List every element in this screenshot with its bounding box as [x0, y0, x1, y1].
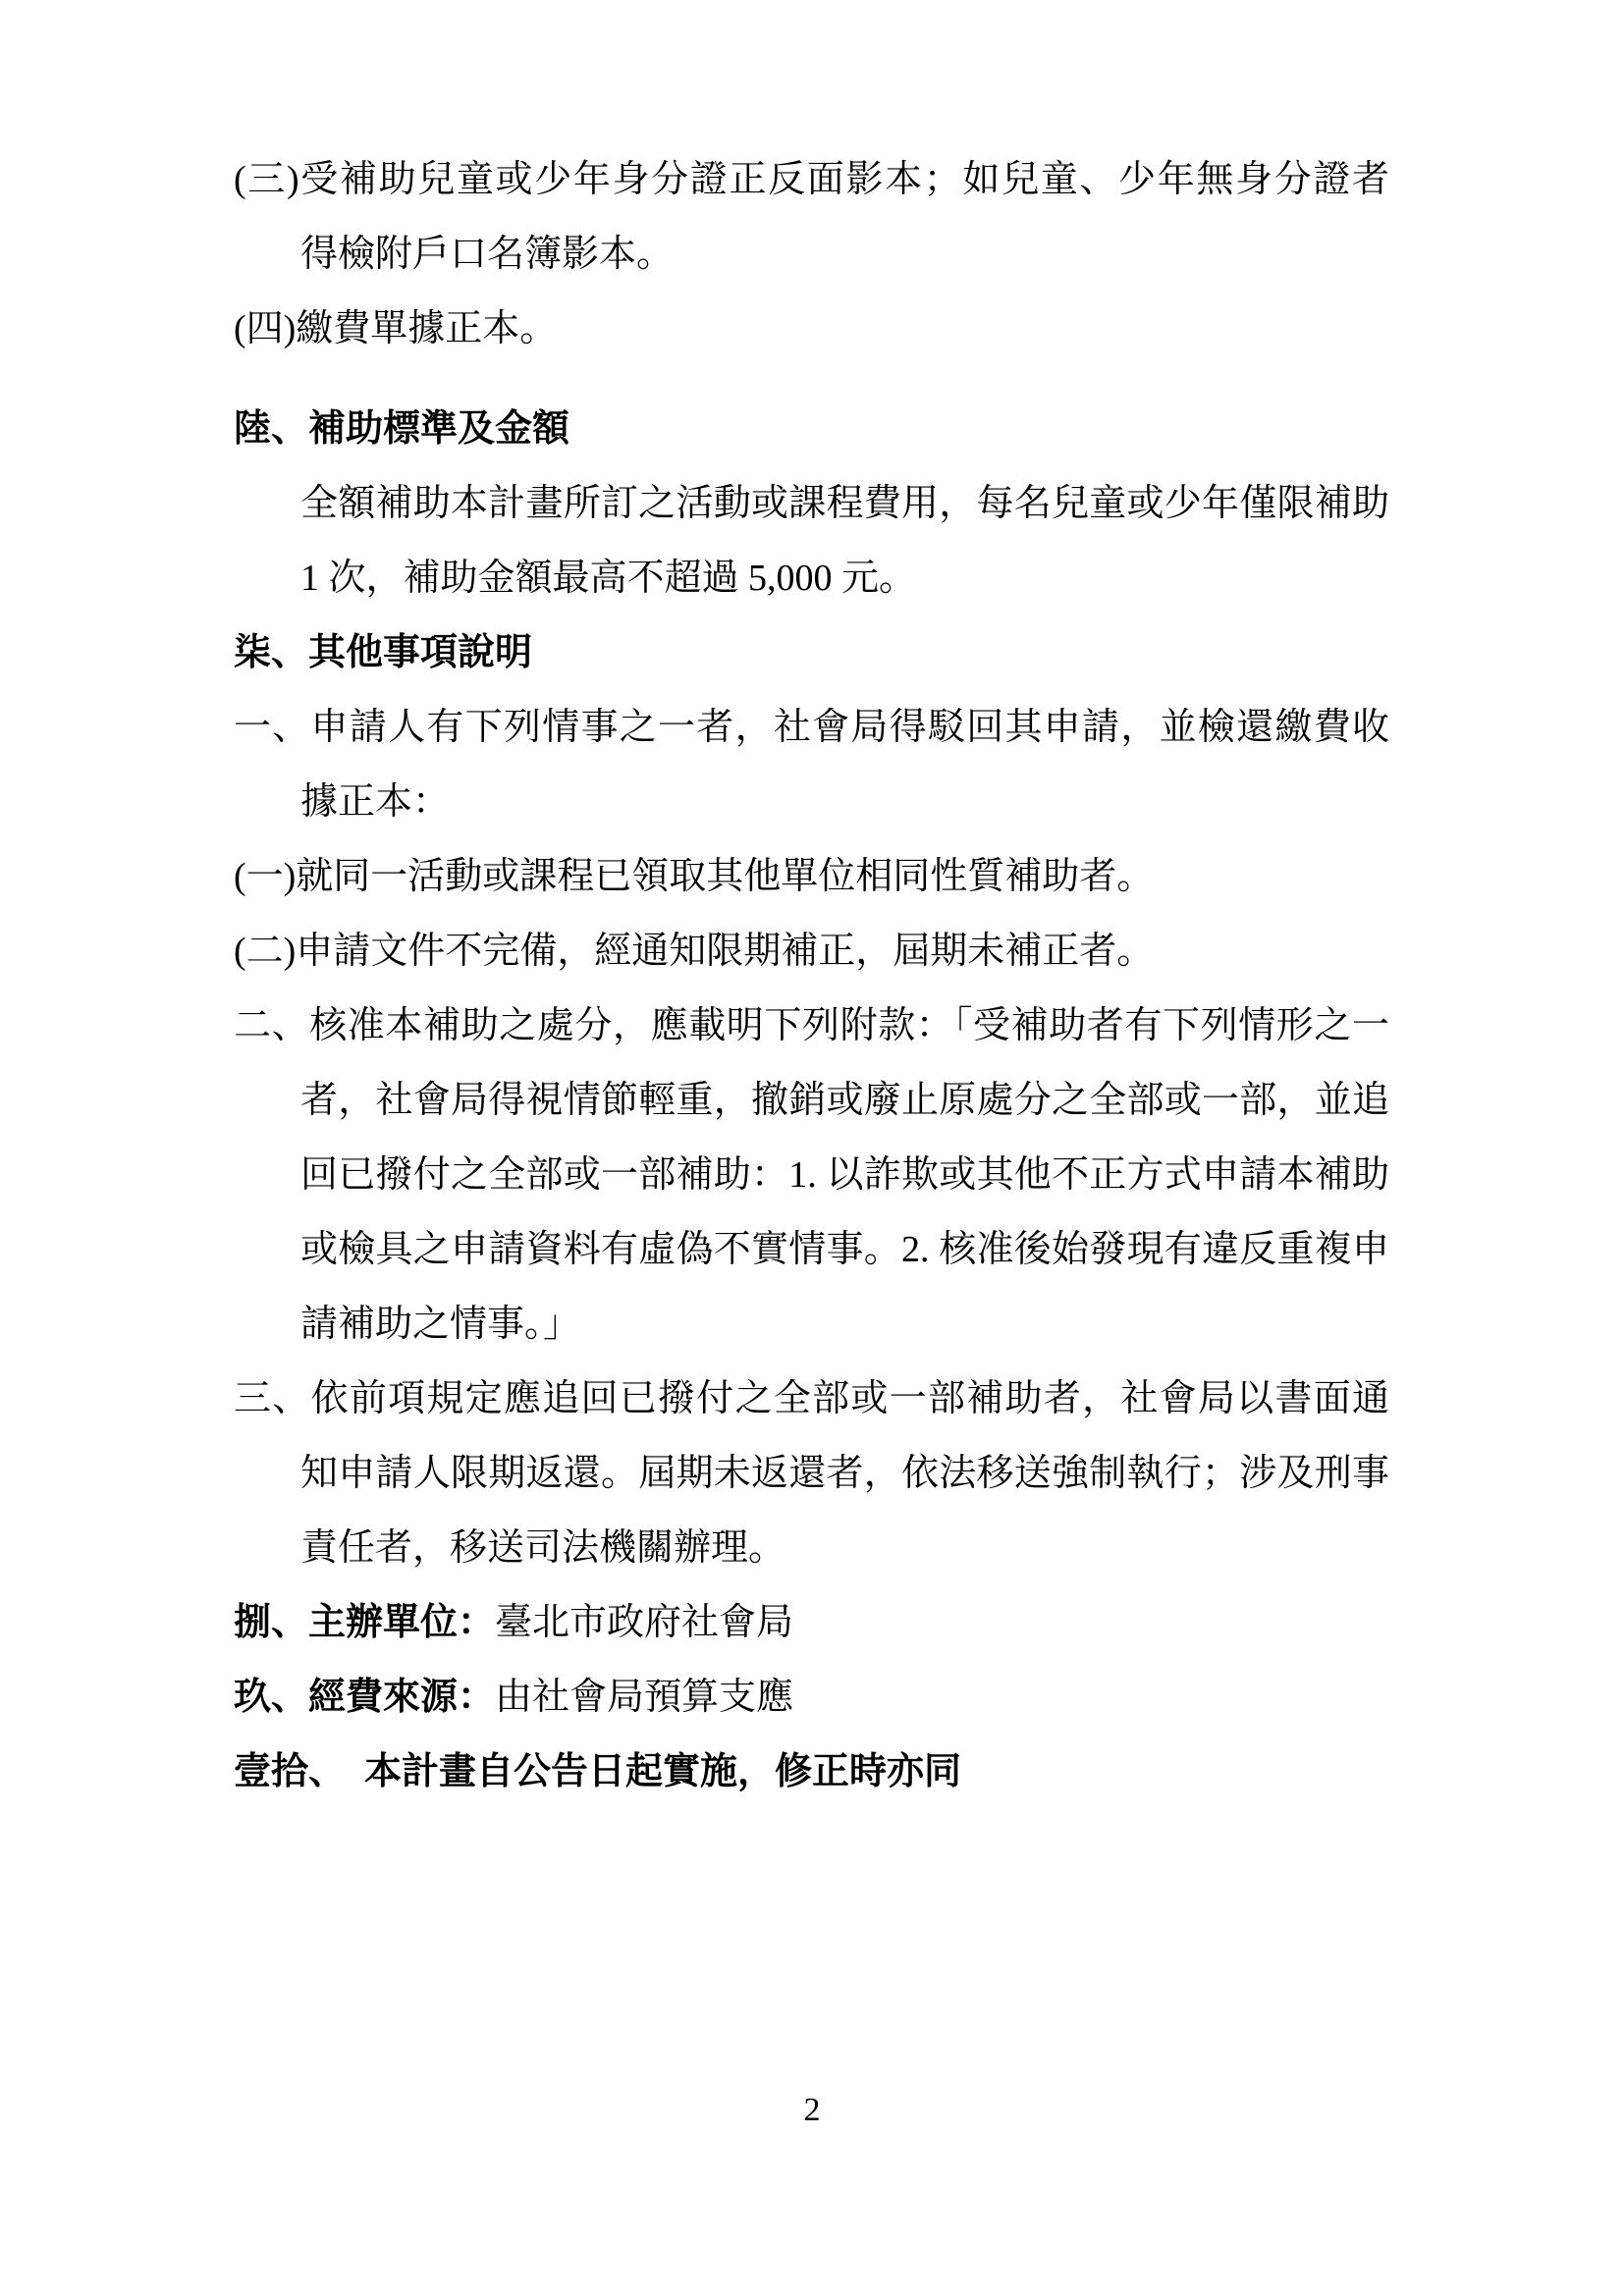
item-3-line-2: 得檢附戶口名簿影本。 [234, 217, 1389, 292]
section-7-para-2-line-5: 請補助之情事。」 [234, 1287, 1389, 1362]
section-7-item-2-line: (二)申請文件不完備，經通知限期補正，屆期未補正者。 [234, 914, 1389, 988]
section-8-line: 捌、主辦單位：臺北市政府社會局 [234, 1585, 1389, 1660]
section-8-value: 臺北市政府社會局 [495, 1602, 793, 1643]
section-7-para-2-line-1: 二、核准本補助之處分，應載明下列附款：「受補助者有下列情形之一 [234, 988, 1389, 1063]
section-7-para-3-line-1: 三、依前項規定應追回已撥付之全部或一部補助者，社會局以書面通 [234, 1362, 1389, 1436]
section-7-para-2-line-2: 者，社會局得視情節輕重，撤銷或廢止原處分之全部或一部，並追 [234, 1063, 1389, 1138]
page-number: 2 [0, 2091, 1624, 2130]
section-7-para-1-line-1: 一、申請人有下列情事之一者，社會局得駁回其申請，並檢還繳費收 [234, 690, 1389, 765]
section-7-para-1-line-2: 據正本： [234, 765, 1389, 839]
document-page: (三)受補助兒童或少年身分證正反面影本；如兒童、少年無身分證者 得檢附戶口名簿影… [0, 0, 1624, 2296]
section-6-body-line-1: 全額補助本計畫所訂之活動或課程費用，每名兒童或少年僅限補助 [234, 466, 1389, 541]
section-7-heading: 柒、其他事項說明 [234, 615, 1389, 690]
section-6-heading: 陸、補助標準及金額 [234, 392, 1389, 466]
section-9-value: 由社會局預算支應 [495, 1677, 793, 1718]
section-6-body-line-2: 1 次，補助金額最高不超過 5,000 元。 [234, 541, 1389, 615]
section-9-heading: 玖、經費來源： [234, 1677, 495, 1718]
section-7-para-3-line-2: 知申請人限期返還。屆期未返還者，依法移送強制執行；涉及刑事 [234, 1436, 1389, 1511]
section-8-heading: 捌、主辦單位： [234, 1602, 495, 1643]
section-7-para-2-line-3: 回已撥付之全部或一部補助：1. 以詐欺或其他不正方式申請本補助 [234, 1138, 1389, 1212]
section-10-line: 壹拾、 本計畫自公告日起實施，修正時亦同 [234, 1735, 1389, 1809]
section-7-para-2-line-4: 或檢具之申請資料有虛偽不實情事。2. 核准後始發現有違反重複申 [234, 1212, 1389, 1287]
section-7-para-3-line-3: 責任者，移送司法機關辦理。 [234, 1511, 1389, 1585]
item-4-line: (四)繳費單據正本。 [234, 292, 1389, 366]
item-3-line-1: (三)受補助兒童或少年身分證正反面影本；如兒童、少年無身分證者 [234, 142, 1389, 217]
document-body: (三)受補助兒童或少年身分證正反面影本；如兒童、少年無身分證者 得檢附戶口名簿影… [234, 142, 1389, 1809]
section-9-line: 玖、經費來源：由社會局預算支應 [234, 1660, 1389, 1735]
section-7-item-1-line: (一)就同一活動或課程已領取其他單位相同性質補助者。 [234, 839, 1389, 914]
